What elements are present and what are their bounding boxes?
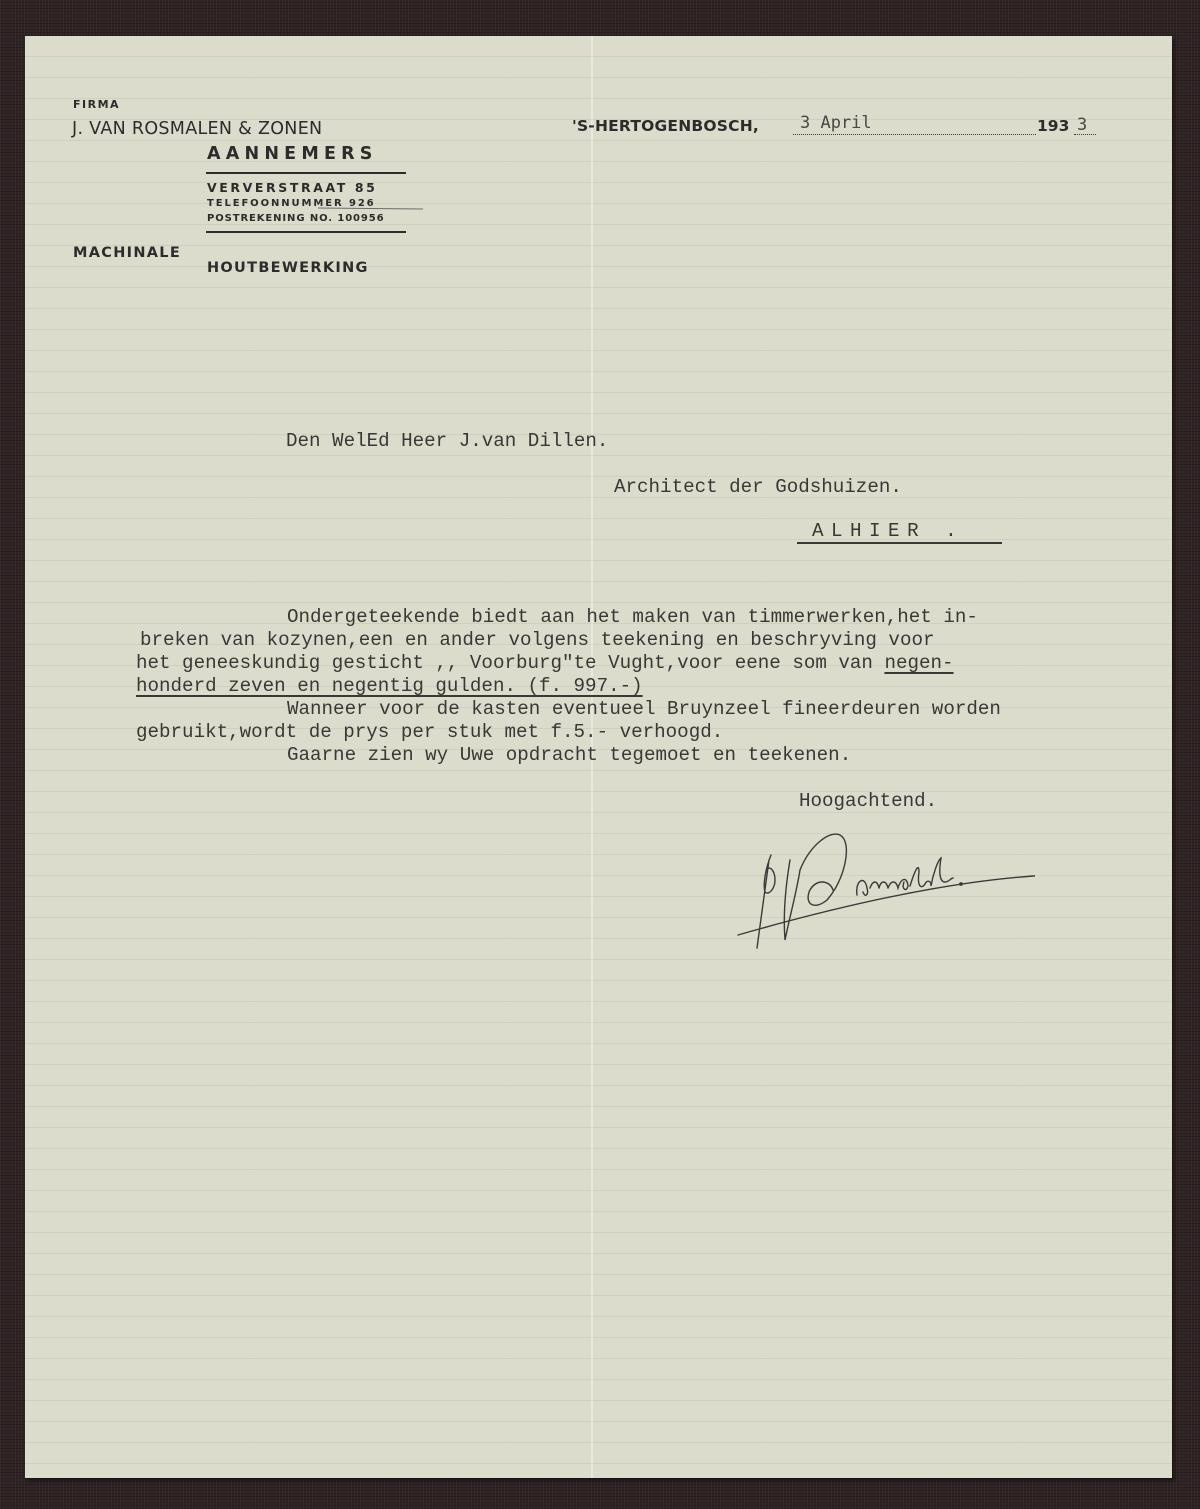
letterhead-company-name: J. VAN ROSMALEN & ZONEN (72, 119, 322, 139)
dateline-year-suffix: 3 (1077, 115, 1087, 135)
recipient-name: Den WelEd Heer J.van Dillen. (286, 432, 608, 451)
body-line-2: breken van kozynen,een en ander volgens … (140, 631, 935, 650)
letterhead-houtbewerking: HOUTBEWERKING (207, 260, 369, 276)
letterhead-postal-account: POSTREKENING NO. 100956 (207, 213, 385, 224)
body-line-7: Gaarne zien wy Uwe opdracht tegemoet en … (287, 746, 851, 765)
letterhead-address: VERVERSTRAAT 85 (207, 180, 377, 195)
amount-words-start: negen- (884, 652, 953, 674)
recipient-location: ALHIER . (812, 522, 964, 541)
letterhead-firma: FIRMA (73, 98, 120, 111)
body-line-3-text: het geneeskundig gesticht ,, Voorburg"te… (136, 652, 884, 674)
body-line-5: Wanneer voor de kasten eventueel Bruynze… (287, 700, 1001, 719)
letterhead-trade: AANNEMERS (207, 144, 378, 164)
letterhead-machinale: MACHINALE (73, 245, 181, 261)
body-line-6: gebruikt,wordt de prys per stuk met f.5.… (136, 723, 723, 742)
letterhead-rule-top (206, 172, 406, 174)
dateline-year-prefix: 193 (1037, 117, 1069, 135)
dateline-day-month: 3 April (800, 113, 872, 133)
recipient-title: Architect der Godshuizen. (614, 478, 902, 497)
body-line-4-amount: honderd zeven en negentig gulden. (f. 99… (136, 677, 643, 696)
date-dotted-line (793, 134, 1036, 135)
body-line-3: het geneeskundig gesticht ,, Voorburg"te… (136, 654, 954, 673)
body-line-1: Ondergeteekende biedt aan het maken van … (287, 608, 978, 627)
letterhead-rule-bottom (206, 231, 406, 233)
signature-icon (705, 800, 1035, 960)
alhier-underline (797, 542, 1002, 544)
dateline-place: 'S-HERTOGENBOSCH, (572, 117, 759, 135)
